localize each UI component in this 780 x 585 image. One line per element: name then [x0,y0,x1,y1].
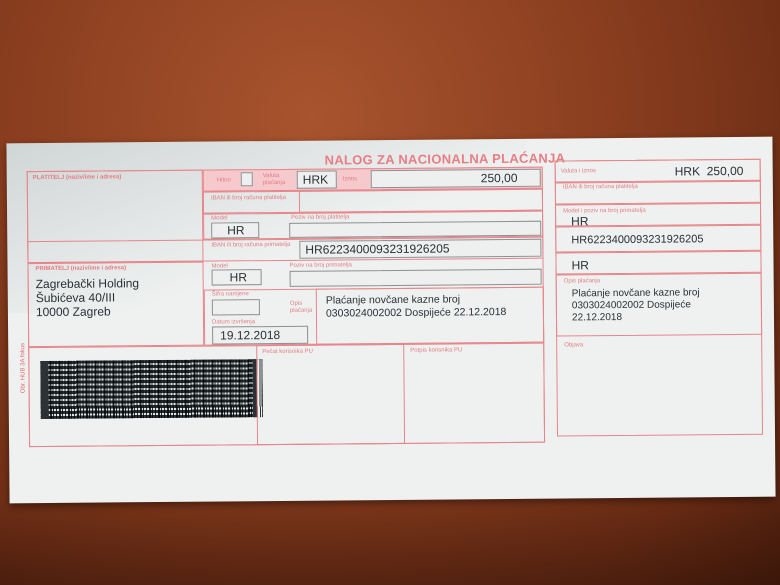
slip-title: NALOG ZA NACIONALNA PLAĆANJA [325,150,566,167]
recipient-line-3: 10000 Zagreb [36,304,111,319]
receipt-model-bottom: HR [571,258,588,272]
receipt-recipient-iban: HR6223400093231926205 [571,233,703,246]
recipient-model-value: HR [230,270,247,284]
payer-iban-field[interactable] [299,189,543,213]
recipient-label: PRIMATELJ (naziv/ime i adresa) [36,265,127,273]
currency-label: Valuta plaćanja [263,173,297,187]
payer-reference-field[interactable] [289,221,541,238]
hitno-label: Hitno [217,177,231,184]
receipt-payer-iban-label: IBAN ili broj računa platitelja [563,184,638,192]
receipt-description-line-3: 22.12.2018 [572,312,622,324]
receipt-description-label: Opis plaćanja [564,278,600,285]
form-side-print: Obr. HUB 3A fokus [20,343,26,393]
payer-label: PLATITELJ (naziv/ime i adresa) [33,174,122,182]
description-line-1: Plaćanje novčane kazne broj [326,293,460,307]
recipient-reference-field[interactable] [290,269,542,287]
recipient-line-2: Šubićeva 40/III [36,290,116,305]
amount-value: 250,00 [481,171,518,185]
receipt-description-line-2: 0303024002002 Dospijeće [572,299,691,312]
description-label: Opis plaćanja [290,301,312,315]
pdf417-barcode [40,359,262,419]
receipt-notes-label: Objava [564,342,583,349]
stamp-label: Pečat korisnika PU [262,349,313,356]
receipt-amount-label: Valuta i iznos [561,168,596,175]
recipient-iban-label: IBAN ili broj računa primatelja [211,242,291,250]
recipient-line-1: Zagrebački Holding [36,276,140,291]
description-line-2: 0303024002002 Dospijeće 22.12.2018 [326,306,507,321]
hitno-checkbox[interactable] [241,172,253,186]
purpose-code-label: Šifra namjene [212,291,249,298]
payment-slip: Obr. HUB 3A fokus NALOG ZA NACIONALNA PL… [6,137,775,504]
payer-reference-label: Poziv na broj platitelja [291,214,349,222]
execution-date-value: 19.12.2018 [220,328,280,343]
payer-model-value: HR [227,223,244,237]
receipt-description-line-1: Plaćanje novčane kazne broj [572,287,700,300]
amount-label: Iznos [343,176,357,183]
receipt-amount-value: HRK 250,00 [675,164,744,179]
purpose-code-field[interactable] [212,299,260,315]
payer-iban-label: IBAN ili broj računa platitelja [211,195,291,203]
currency-value: HRK [303,173,328,187]
recipient-iban-value: HR6223400093231926205 [305,241,449,256]
signature-label: Potpis korisnika PU [410,347,462,354]
stamp-box [256,344,405,445]
recipient-reference-label: Poziv na broj primatelja [289,262,351,270]
